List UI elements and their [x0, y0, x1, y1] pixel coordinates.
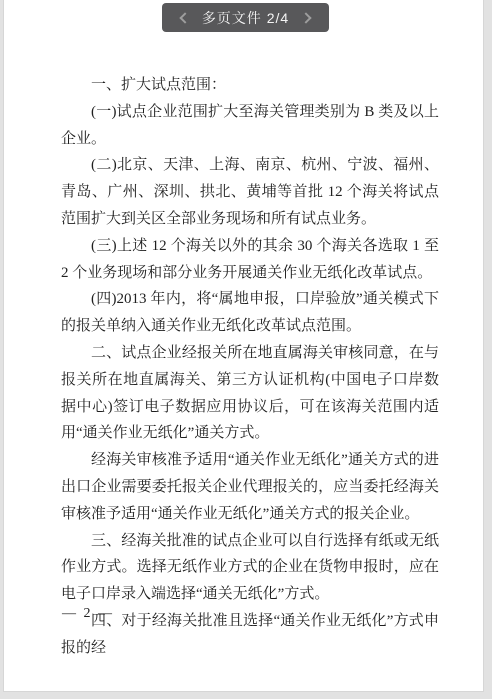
document-paragraph: (一)试点企业范围扩大至海关管理类别为 B 类及以上企业。: [61, 99, 439, 153]
document-paragraph: 经海关审核准予适用“通关作业无纸化”通关方式的进出口企业需要委托报关企业代理报关…: [61, 447, 439, 527]
viewer-canvas: 一、扩大试点范围： (一)试点企业范围扩大至海关管理类别为 B 类及以上企业。 …: [0, 0, 492, 699]
pager-toolbar: 多页文件 2/4: [162, 3, 329, 32]
document-paragraph: 四、对于经海关批准且选择“通关作业无纸化”方式申报的经: [61, 608, 439, 662]
chevron-left-icon: [179, 12, 190, 23]
prev-page-button[interactable]: [175, 10, 191, 26]
document-paragraph: 一、扩大试点范围：: [61, 72, 439, 99]
next-page-button[interactable]: [300, 10, 316, 26]
document-paragraph: (二)北京、天津、上海、南京、杭州、宁波、福州、青岛、广州、深圳、拱北、黄埔等首…: [61, 152, 439, 232]
document-paragraph: 二、试点企业经报关所在地直属海关审核同意，在与报关所在地直属海关、第三方认证机构…: [61, 340, 439, 447]
pager-title: 多页文件 2/4: [202, 8, 289, 28]
document-page: 一、扩大试点范围： (一)试点企业范围扩大至海关管理类别为 B 类及以上企业。 …: [3, 0, 484, 692]
chevron-right-icon: [301, 12, 312, 23]
page-number: — 2 —: [62, 606, 114, 622]
document-paragraph: (三)上述 12 个海关以外的其余 30 个海关各选取 1 至 2 个业务现场和…: [61, 233, 439, 287]
document-body: 一、扩大试点范围： (一)试点企业范围扩大至海关管理类别为 B 类及以上企业。 …: [61, 72, 439, 662]
document-paragraph: (四)2013 年内，将“属地申报，口岸验放”通关模式下的报关单纳入通关作业无纸…: [61, 286, 439, 340]
document-paragraph: 三、经海关批准的试点企业可以自行选择有纸或无纸作业方式。选择无纸作业方式的企业在…: [61, 528, 439, 608]
